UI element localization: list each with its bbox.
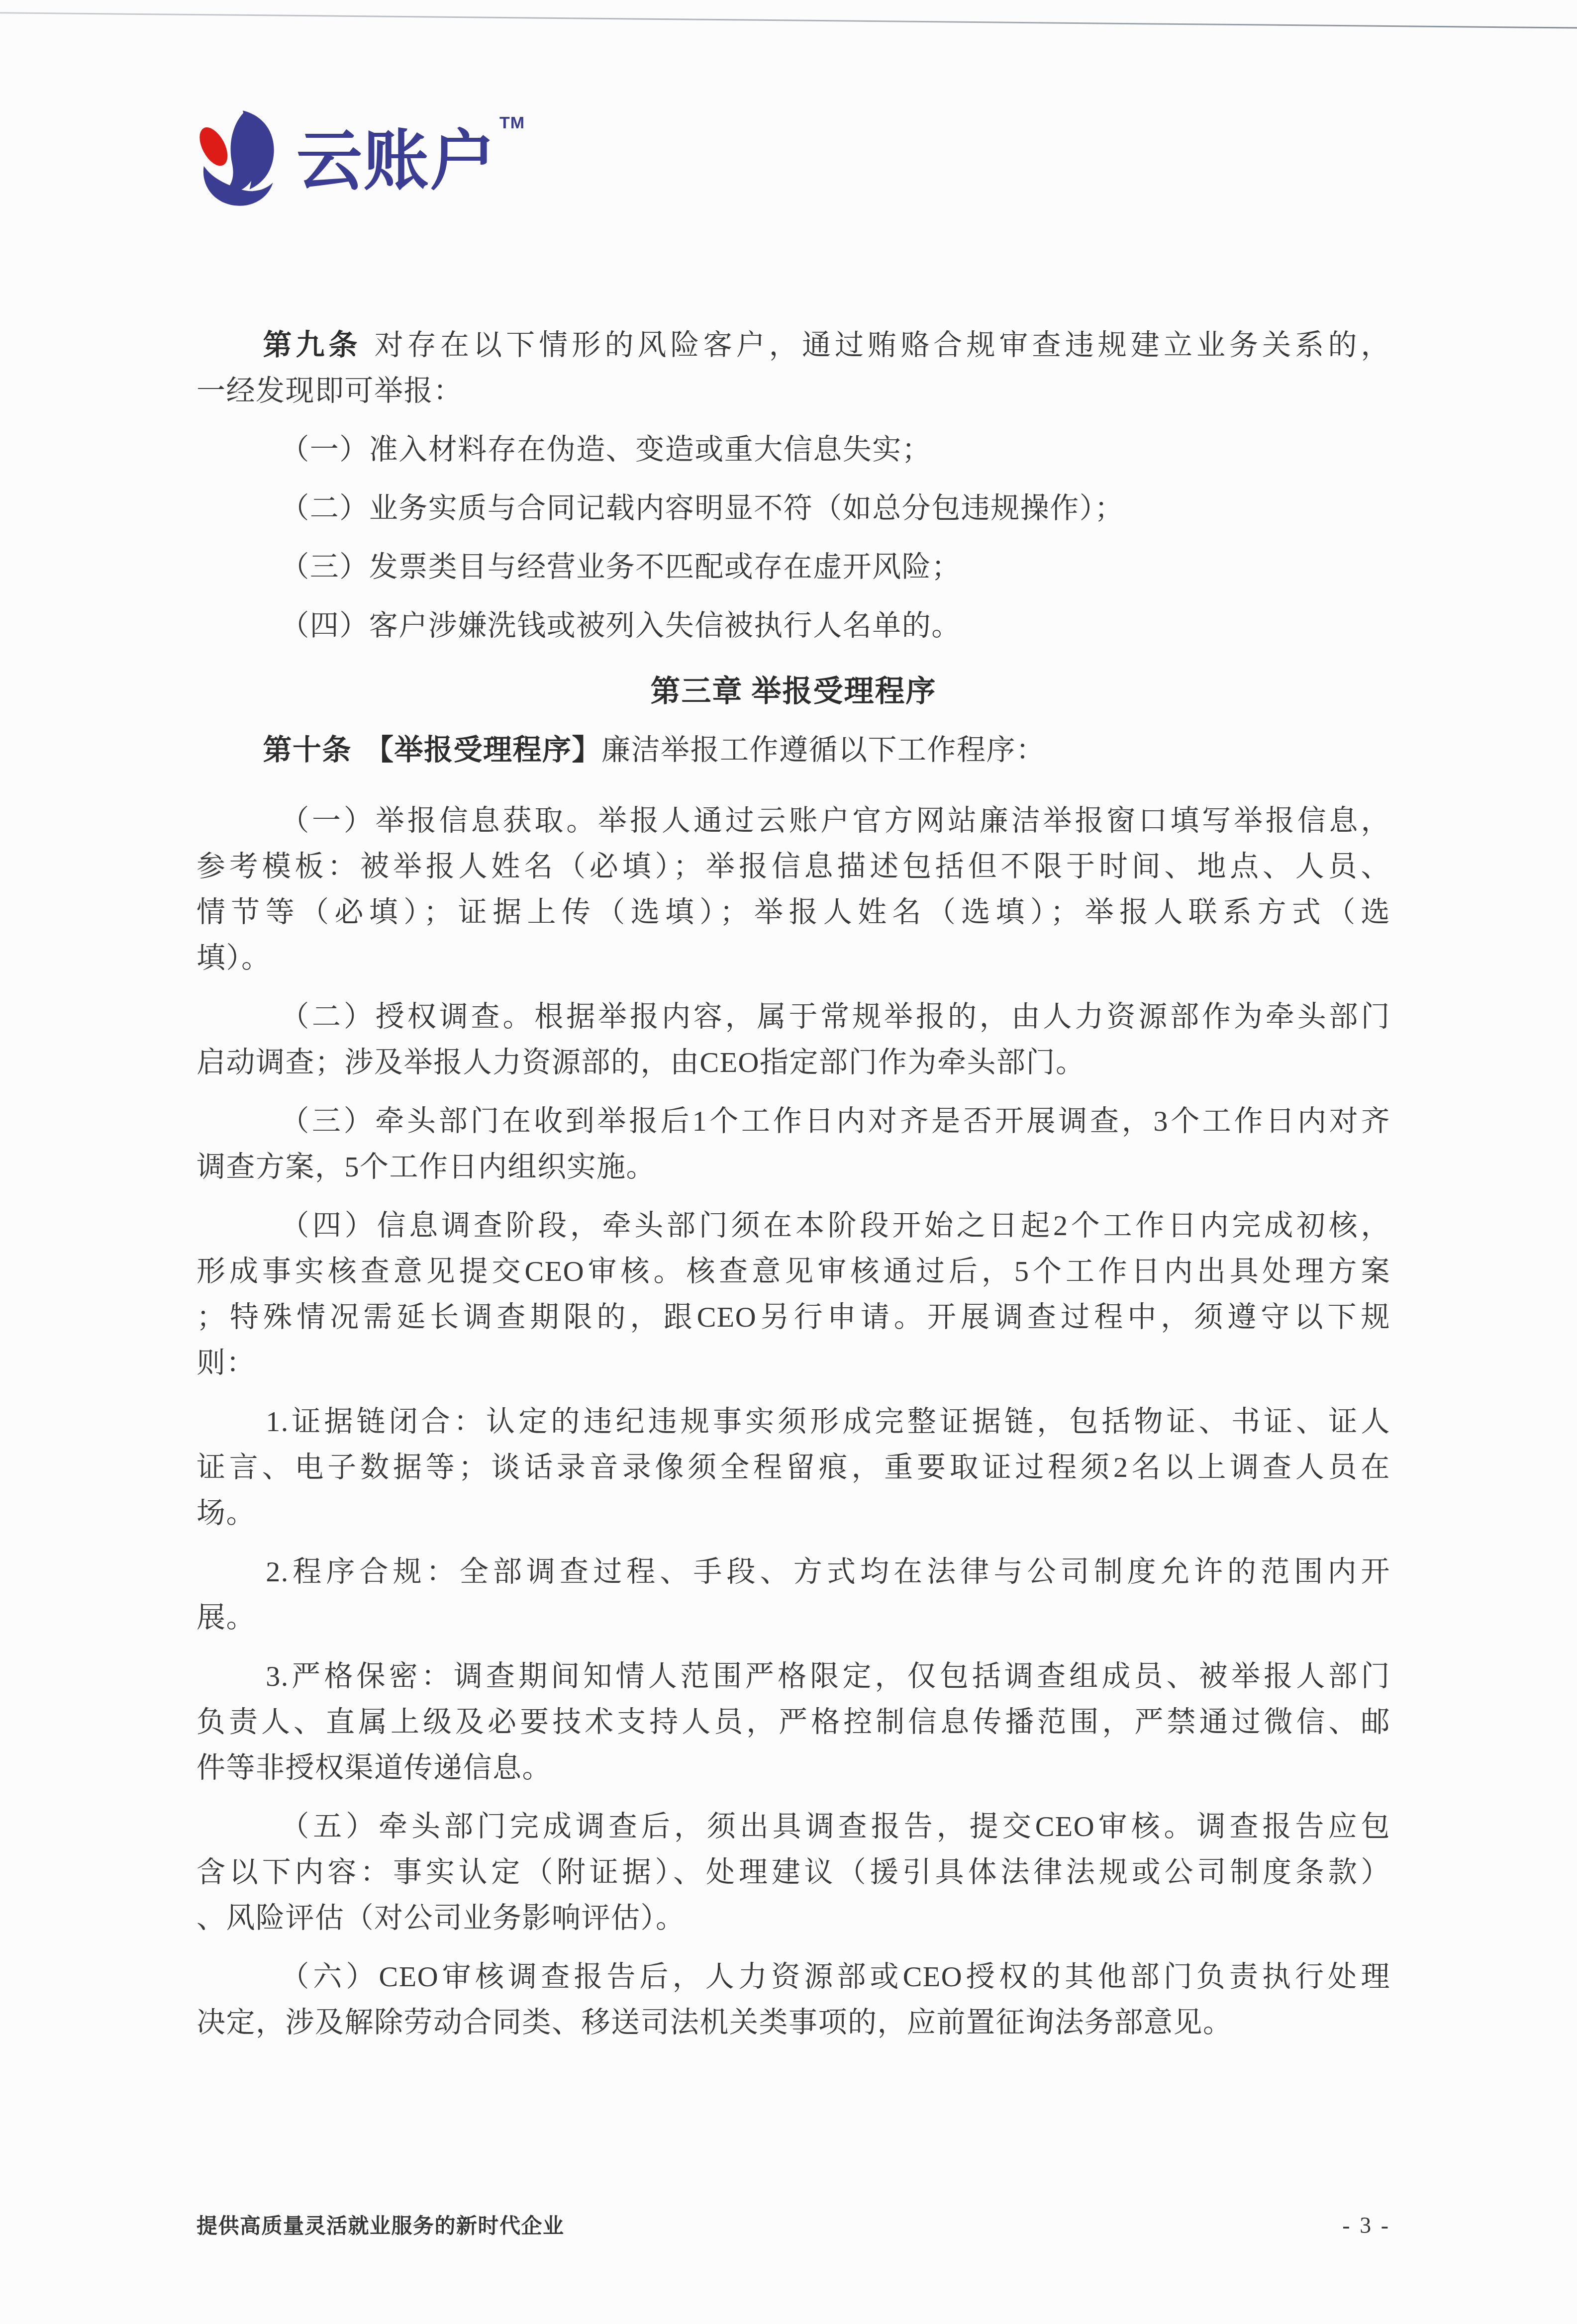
text-line: 第十条【举报受理程序】廉洁举报工作遵循以下工作程序： — [197, 727, 1390, 773]
text-line: （五）牵头部门完成调查后，须出具调查报告，提交CEO审核。调查报告应包 — [197, 1804, 1390, 1849]
article9-opening-paragraph: 第九条对存在以下情形的风险客户，通过贿赂合规审查违规建立业务关系的， 一经发现即… — [197, 322, 1390, 414]
article10-item-2: （二）授权调查。根据举报内容，属于常规举报的，由人力资源部作为牵头部门 启动调查… — [197, 994, 1390, 1085]
text-line: （三）发票类目与经营业务不匹配或存在虚开风险； — [197, 544, 1390, 590]
article9-text: 对存在以下情形的风险客户，通过贿赂合规审查违规建立业务关系的， — [375, 329, 1390, 361]
footer-slogan: 提供高质量灵活就业服务的新时代企业 — [197, 2210, 565, 2239]
text-line: 场。 — [197, 1490, 1390, 1536]
text-line: （一）举报信息获取。举报人通过云账户官方网站廉洁举报窗口填写举报信息， — [197, 798, 1390, 844]
text-line: 件等非授权渠道传递信息。 — [197, 1745, 1390, 1791]
scan-artifact-line — [0, 12, 1577, 29]
article10-text: 廉洁举报工作遵循以下工作程序： — [601, 734, 1046, 766]
text-line: （一）准入材料存在伪造、变造或重大信息失实； — [197, 427, 1390, 473]
article10-item-5: （五）牵头部门完成调查后，须出具调查报告，提交CEO审核。调查报告应包 含以下内… — [197, 1804, 1390, 1941]
text-line: 负责人、直属上级及必要技术支持人员，严格控制信息传播范围，严禁通过微信、邮 — [197, 1699, 1390, 1745]
text-line: 第九条对存在以下情形的风险客户，通过贿赂合规审查违规建立业务关系的， — [197, 322, 1390, 368]
company-logo: 云账户 TM — [198, 108, 525, 214]
text-line: （三）牵头部门在收到举报后1个工作日内对齐是否开展调查，3个工作日内对齐 — [197, 1098, 1390, 1144]
text-line: （二）业务实质与合同记载内容明显不符（如总分包违规操作）； — [197, 485, 1390, 531]
text-line: ；特殊情况需延长调查期限的，跟CEO另行申请。开展调查过程中，须遵守以下规 — [197, 1294, 1390, 1340]
text-line: 、风险评估（对公司业务影响评估）。 — [197, 1895, 1390, 1941]
text-line: （二）授权调查。根据举报内容，属于常规举报的，由人力资源部作为牵头部门 — [197, 994, 1390, 1040]
text-line: 含以下内容：事实认定（附证据）、处理建议（援引具体法律法规或公司制度条款） — [197, 1849, 1390, 1895]
article9-item-3: （三）发票类目与经营业务不匹配或存在虚开风险； — [197, 544, 1390, 590]
text-line: 1.证据链闭合：认定的违纪违规事实须形成完整证据链，包括物证、书证、证人 — [197, 1399, 1390, 1445]
article10-item-3: （三）牵头部门在收到举报后1个工作日内对齐是否开展调查，3个工作日内对齐 调查方… — [197, 1098, 1390, 1190]
text-line: 3.严格保密：调查期间知情人范围严格限定，仅包括调查组成员、被举报人部门 — [197, 1653, 1390, 1699]
article9-number: 第九条 — [263, 329, 361, 361]
document-body: 第九条对存在以下情形的风险客户，通过贿赂合规审查违规建立业务关系的， 一经发现即… — [197, 322, 1390, 2058]
article10-opening-paragraph: 第十条【举报受理程序】廉洁举报工作遵循以下工作程序： — [197, 727, 1390, 773]
text-line: 2.程序合规：全部调查过程、手段、方式均在法律与公司制度允许的范围内开 — [197, 1549, 1390, 1595]
chapter3-heading: 第三章 举报受理程序 — [197, 669, 1390, 714]
article9-item-2: （二）业务实质与合同记载内容明显不符（如总分包违规操作）； — [197, 485, 1390, 531]
text-line: 展。 — [197, 1595, 1390, 1641]
text-line: （四）信息调查阶段，牵头部门须在本阶段开始之日起2个工作日内完成初核， — [197, 1203, 1390, 1249]
text-line: 形成事实核查意见提交CEO审核。核查意见审核通过后，5个工作日内出具处理方案 — [197, 1249, 1390, 1294]
article10-bracket-title: 【举报受理程序】 — [365, 734, 601, 766]
article10-item-4: （四）信息调查阶段，牵头部门须在本阶段开始之日起2个工作日内完成初核， 形成事实… — [197, 1203, 1390, 1386]
article9-item-4: （四）客户涉嫌洗钱或被列入失信被执行人名单的。 — [197, 603, 1390, 649]
text-line: 决定，涉及解除劳动合同类、移送司法机关类事项的，应前置征询法务部意见。 — [197, 2000, 1390, 2045]
yunzhanghu-logo-icon — [198, 108, 286, 214]
page-footer: 提供高质量灵活就业服务的新时代企业 - 3 - — [197, 2210, 1390, 2239]
text-line: 情节等（必填）；证据上传（选填）；举报人姓名（选填）；举报人联系方式（选 — [197, 889, 1390, 935]
article10-item-6: （六）CEO审核调查报告后，人力资源部或CEO授权的其他部门负责执行处理 决定，… — [197, 1954, 1390, 2045]
article10-number: 第十条 — [263, 734, 352, 766]
text-line: 调查方案，5个工作日内组织实施。 — [197, 1144, 1390, 1190]
logo-wordmark: 云账户 — [296, 108, 496, 214]
article9-item-1: （一）准入材料存在伪造、变造或重大信息失实； — [197, 427, 1390, 473]
investigation-rule-3: 3.严格保密：调查期间知情人范围严格限定，仅包括调查组成员、被举报人部门 负责人… — [197, 1653, 1390, 1791]
investigation-rule-1: 1.证据链闭合：认定的违纪违规事实须形成完整证据链，包括物证、书证、证人 证言、… — [197, 1399, 1390, 1536]
text-line: 一经发现即可举报： — [197, 368, 1390, 414]
text-line: 填）。 — [197, 935, 1390, 981]
text-line: 证言、电子数据等；谈话录音录像须全程留痕，重要取证过程须2名以上调查人员在 — [197, 1445, 1390, 1490]
page-number: - 3 - — [1342, 2212, 1390, 2238]
text-line: 启动调查；涉及举报人力资源部的，由CEO指定部门作为牵头部门。 — [197, 1040, 1390, 1085]
text-line: （六）CEO审核调查报告后，人力资源部或CEO授权的其他部门负责执行处理 — [197, 1954, 1390, 2000]
text-line: （四）客户涉嫌洗钱或被列入失信被执行人名单的。 — [197, 603, 1390, 649]
trademark-symbol: TM — [499, 113, 525, 133]
investigation-rule-2: 2.程序合规：全部调查过程、手段、方式均在法律与公司制度允许的范围内开 展。 — [197, 1549, 1390, 1641]
scanned-document-page: 云账户 TM 第九条对存在以下情形的风险客户，通过贿赂合规审查违规建立业务关系的… — [0, 0, 1577, 2324]
article10-item-1: （一）举报信息获取。举报人通过云账户官方网站廉洁举报窗口填写举报信息， 参考模板… — [197, 798, 1390, 981]
text-line: 则： — [197, 1340, 1390, 1386]
text-line: 参考模板：被举报人姓名（必填）；举报信息描述包括但不限于时间、地点、人员、 — [197, 844, 1390, 889]
